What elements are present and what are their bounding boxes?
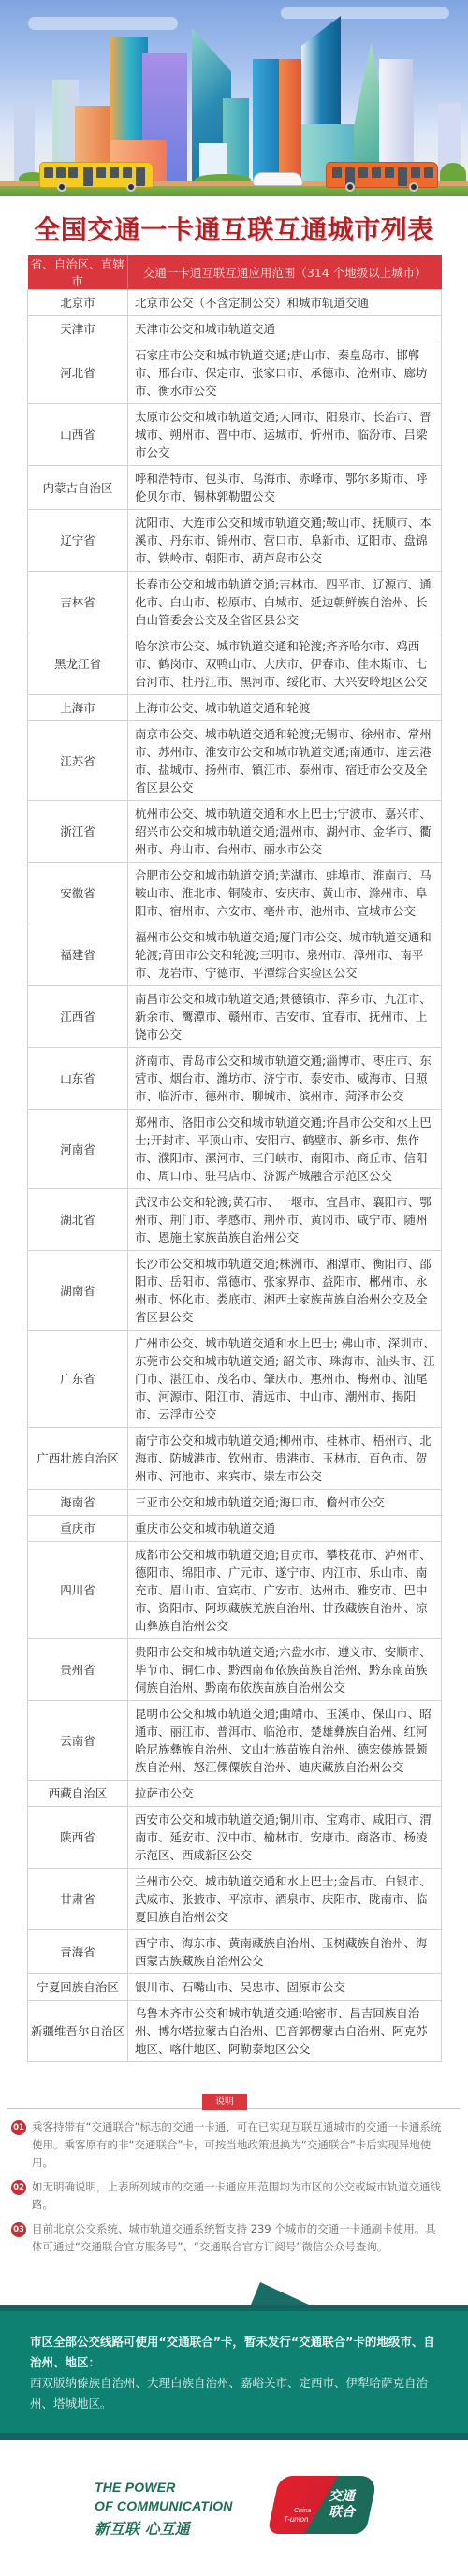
scope-cell: 合肥市公交和城市轨道交通;芜湖市、蚌埠市、淮南市、马鞍山市、淮北市、铜陵市、安庆…	[128, 863, 442, 924]
scope-cell: 三亚市公交和城市轨道交通;海口市、儋州市公交	[128, 1490, 442, 1516]
province-cell: 福建省	[28, 924, 128, 986]
column-header-scope: 交通一卡通互联互通应用范围（314 个地级以上城市）	[128, 255, 442, 290]
scope-cell: 银川市、石嘴山市、吴忠市、固原市公交	[128, 1974, 442, 2001]
province-cell: 四川省	[28, 1542, 128, 1639]
table-row: 江西省南昌市公交和城市轨道交通;景德镇市、萍乡市、九江市、新余市、鹰潭市、赣州市…	[28, 986, 442, 1048]
province-cell: 黑龙江省	[28, 633, 128, 695]
page-title: 全国交通一卡通互联互通城市列表	[0, 196, 468, 255]
scope-cell: 西安市公交和城市轨道交通;铜川市、宝鸡市、咸阳市、渭南市、延安市、汉中市、榆林市…	[128, 1807, 442, 1869]
scope-cell: 长春市公交和城市轨道交通;吉林市、四平市、辽源市、通化市、白山市、松原市、白城市…	[128, 572, 442, 633]
province-cell: 浙江省	[28, 801, 128, 863]
table-row: 辽宁省沈阳市、大连市公交和城市轨道交通;鞍山市、抚顺市、本溪市、丹东市、锦州市、…	[28, 510, 442, 572]
table-row: 山东省济南市、青岛市公交和城市轨道交通;淄博市、枣庄市、东营市、烟台市、潍坊市、…	[28, 1048, 442, 1110]
yellow-bus	[39, 162, 154, 188]
info-band-heading: 市区全部公交线路可使用“交通联合”卡，暂未发行“交通联合”卡的地级市、自治州、地…	[30, 2332, 440, 2373]
scope-cell: 拉萨市公交	[128, 1781, 442, 1807]
province-cell: 重庆市	[28, 1516, 128, 1542]
building	[14, 103, 35, 182]
scope-cell: 天津市公交和城市轨道交通	[128, 316, 442, 342]
table-row: 宁夏回族自治区银川市、石嘴山市、吴忠市、固原市公交	[28, 1974, 442, 2001]
info-band: 市区全部公交线路可使用“交通联合”卡，暂未发行“交通联合”卡的地级市、自治州、地…	[0, 2305, 468, 2440]
logo-zh-line2: 联合	[329, 2505, 355, 2520]
table-row: 河南省郑州市、洛阳市公交和城市轨道交通;许昌市公交和水上巴士;开封市、平顶山市、…	[28, 1110, 442, 1189]
table-row: 河北省石家庄市公交和城市轨道交通;唐山市、秦皇岛市、邯郸市、邢台市、保定市、张家…	[28, 342, 442, 404]
province-cell: 湖南省	[28, 1251, 128, 1331]
logo-zh-line1: 交通	[329, 2489, 355, 2504]
table-row: 西藏自治区拉萨市公交	[28, 1781, 442, 1807]
table-header-row: 省、自治区、直辖市 交通一卡通互联互通应用范围（314 个地级以上城市）	[28, 255, 442, 290]
scope-cell: 兰州市公交、城市轨道交通和水上巴士;金昌市、白银市、武威市、张掖市、平凉市、酒泉…	[128, 1869, 442, 1930]
hero-city-illustration	[0, 0, 468, 196]
table-row: 天津市天津市公交和城市轨道交通	[28, 316, 442, 342]
province-cell: 海南省	[28, 1490, 128, 1516]
info-band-body: 市区全部公交线路可使用“交通联合”卡，暂未发行“交通联合”卡的地级市、自治州、地…	[0, 2305, 468, 2440]
province-cell: 吉林省	[28, 572, 128, 633]
table-row: 陕西省西安市公交和城市轨道交通;铜川市、宝鸡市、咸阳市、渭南市、延安市、汉中市、…	[28, 1807, 442, 1869]
scope-cell: 武汉市公交和轮渡;黄石市、十堰市、宜昌市、襄阳市、鄂州市、荆门市、孝感市、荆州市…	[128, 1189, 442, 1251]
province-cell: 天津市	[28, 316, 128, 342]
scope-cell: 石家庄市公交和城市轨道交通;唐山市、秦皇岛市、邯郸市、邢台市、保定市、张家口市、…	[128, 342, 442, 404]
table-row: 黑龙江省哈尔滨市公交、城市轨道交通和轮渡;齐齐哈尔市、鸡西市、鹤岗市、双鸭山市、…	[28, 633, 442, 695]
province-cell: 陕西省	[28, 1807, 128, 1869]
city-table: 省、自治区、直辖市 交通一卡通互联互通应用范围（314 个地级以上城市） 北京市…	[27, 255, 442, 2062]
province-cell: 宁夏回族自治区	[28, 1974, 128, 2001]
notes-heading: 说明	[7, 2087, 461, 2113]
province-cell: 甘肃省	[28, 1869, 128, 1930]
scope-cell: 昆明市公交和城市轨道交通;曲靖市、玉溪市、保山市、昭通市、丽江市、普洱市、临沧市…	[128, 1701, 442, 1781]
note-number-badge: 02	[11, 2180, 26, 2195]
white-car	[253, 172, 303, 186]
table-row: 上海市上海市公交、城市轨道交通和轮渡	[28, 695, 442, 721]
note-text: 乘客持带有“交通联合”标志的交通一卡通，可在已实现互联互通城市的交通一卡通系统使…	[32, 2118, 444, 2172]
province-cell: 江西省	[28, 986, 128, 1048]
scope-cell: 郑州市、洛阳市公交和城市轨道交通;许昌市公交和水上巴士;开封市、平顶山市、安阳市…	[128, 1110, 442, 1189]
logo-en-line1: China	[294, 2508, 311, 2514]
table-row: 海南省三亚市公交和城市轨道交通;海口市、儋州市公交	[28, 1490, 442, 1516]
scope-cell: 长沙市公交和城市轨道交通;株洲市、湘潭市、衡阳市、邵阳市、岳阳市、常德市、张家界…	[128, 1251, 442, 1331]
table-row: 山西省太原市公交和城市轨道交通;大同市、阳泉市、长治市、晋城市、朔州市、晋中市、…	[28, 404, 442, 466]
scope-cell: 太原市公交和城市轨道交通;大同市、阳泉市、长治市、晋城市、朔州市、晋中市、运城市…	[128, 404, 442, 466]
table-row: 吉林省长春市公交和城市轨道交通;吉林市、四平市、辽源市、通化市、白山市、松原市、…	[28, 572, 442, 633]
province-cell: 青海省	[28, 1930, 128, 1974]
scope-cell: 成都市公交和城市轨道交通;自贡市、攀枝花市、泸州市、德阳市、绵阳市、广元市、遂宁…	[128, 1542, 442, 1639]
footer: THE POWER OF COMMUNICATION 新互联 心互通 交通 联合…	[0, 2440, 468, 2576]
scope-cell: 沈阳市、大连市公交和城市轨道交通;鞍山市、抚顺市、本溪市、丹东市、锦州市、营口市…	[128, 510, 442, 572]
province-cell: 江苏省	[28, 721, 128, 801]
scope-cell: 广州市公交、城市轨道交通和水上巴士; 佛山市、深圳市、东莞市公交和城市轨道交通;…	[128, 1331, 442, 1428]
table-row: 湖南省长沙市公交和城市轨道交通;株洲市、湘潭市、衡阳市、邵阳市、岳阳市、常德市、…	[28, 1251, 442, 1331]
province-cell: 新疆维吾尔自治区	[28, 2001, 128, 2062]
column-header-province: 省、自治区、直辖市	[28, 255, 128, 290]
table-row: 浙江省杭州市公交、城市轨道交通和水上巴士;宁波市、嘉兴市、绍兴市公交和城市轨道交…	[28, 801, 442, 863]
province-cell: 贵州省	[28, 1639, 128, 1701]
note-text: 目前北京公交系统、城市轨道交通系统暂支持 239 个城市的交通一卡通刷卡使用。具…	[32, 2220, 444, 2256]
province-cell: 安徽省	[28, 863, 128, 924]
table-row: 甘肃省兰州市公交、城市轨道交通和水上巴士;金昌市、白银市、武威市、张掖市、平凉市…	[28, 1869, 442, 1930]
scope-cell: 福州市公交和城市轨道交通;厦门市公交、城市轨道交通和轮渡;莆田市公交和轮渡;三明…	[128, 924, 442, 986]
table-row: 江苏省南京市公交、城市轨道交通和轮渡;无锡市、徐州市、常州市、苏州市、淮安市公交…	[28, 721, 442, 801]
province-cell: 广西壮族自治区	[28, 1428, 128, 1490]
orange-bus	[326, 162, 438, 188]
scope-cell: 呼和浩特市、包头市、乌海市、赤峰市、鄂尔多斯市、呼伦贝尔市、锡林郭勒盟公交	[128, 466, 442, 510]
logo-en-line2: T-union	[284, 2515, 308, 2524]
table-row: 新疆维吾尔自治区乌鲁木齐市公交和城市轨道交通;哈密市、昌吉回族自治州、博尔塔拉蒙…	[28, 2001, 442, 2062]
slogan: THE POWER OF COMMUNICATION 新互联 心互通	[95, 2478, 233, 2541]
note-item: 02 如无明确说明，上表所列城市的交通一卡通应用范围均为市区的公交或城市轨道交通…	[11, 2178, 444, 2214]
notes-heading-tag: 说明	[202, 2094, 247, 2110]
scope-cell: 西宁市、海东市、黄南藏族自治州、玉树藏族自治州、海西蒙古族藏族自治州公交	[128, 1930, 442, 1974]
table-row: 重庆市重庆市公交和城市轨道交通	[28, 1516, 442, 1542]
cloud	[28, 17, 178, 30]
scope-cell: 北京市公交（不含定制公交）和城市轨道交通	[128, 290, 442, 316]
scope-cell: 南昌市公交和城市轨道交通;景德镇市、萍乡市、九江市、新余市、鹰潭市、赣州市、吉安…	[128, 986, 442, 1048]
province-cell: 山西省	[28, 404, 128, 466]
table-row: 四川省成都市公交和城市轨道交通;自贡市、攀枝花市、泸州市、德阳市、绵阳市、广元市…	[28, 1542, 442, 1639]
table-row: 福建省福州市公交和城市轨道交通;厦门市公交、城市轨道交通和轮渡;莆田市公交和轮渡…	[28, 924, 442, 986]
table-row: 云南省昆明市公交和城市轨道交通;曲靖市、玉溪市、保山市、昭通市、丽江市、普洱市、…	[28, 1701, 442, 1781]
slogan-en-line2: OF COMMUNICATION	[95, 2496, 233, 2515]
province-cell: 西藏自治区	[28, 1781, 128, 1807]
scope-cell: 济南市、青岛市公交和城市轨道交通;淄博市、枣庄市、东营市、烟台市、潍坊市、济宁市…	[128, 1048, 442, 1110]
note-text: 如无明确说明，上表所列城市的交通一卡通应用范围均为市区的公交或城市轨道交通线路。	[32, 2178, 444, 2214]
scope-cell: 杭州市公交、城市轨道交通和水上巴士;宁波市、嘉兴市、绍兴市公交和城市轨道交通;温…	[128, 801, 442, 863]
scope-cell: 哈尔滨市公交、城市轨道交通和轮渡;齐齐哈尔市、鸡西市、鹤岗市、双鸭山市、大庆市、…	[128, 633, 442, 695]
province-cell: 云南省	[28, 1701, 128, 1781]
cloud	[281, 7, 449, 19]
province-cell: 内蒙古自治区	[28, 466, 128, 510]
scope-cell: 乌鲁木齐市公交和城市轨道交通;哈密市、昌吉回族自治州、博尔塔拉蒙古自治州、巴音郭…	[128, 2001, 442, 2062]
table-row: 青海省西宁市、海东市、黄南藏族自治州、玉树藏族自治州、海西蒙古族藏族自治州公交	[28, 1930, 442, 1974]
logo-shape	[267, 2476, 377, 2534]
china-t-union-logo-icon: 交通 联合 China T-union	[273, 2476, 372, 2534]
table-row: 广西壮族自治区南宁市公交和城市轨道交通;柳州市、桂林市、梧州市、北海市、防城港市…	[28, 1428, 442, 1490]
scope-cell: 贵阳市公交和城市轨道交通;六盘水市、遵义市、安顺市、毕节市、铜仁市、黔西南布依族…	[128, 1639, 442, 1701]
note-number-badge: 03	[11, 2222, 26, 2237]
table-row: 湖北省武汉市公交和轮渡;黄石市、十堰市、宜昌市、襄阳市、鄂州市、荆门市、孝感市、…	[28, 1189, 442, 1251]
slogan-en-line1: THE POWER	[95, 2478, 233, 2496]
province-cell: 山东省	[28, 1048, 128, 1110]
province-cell: 河北省	[28, 342, 128, 404]
table-row: 内蒙古自治区呼和浩特市、包头市、乌海市、赤峰市、鄂尔多斯市、呼伦贝尔市、锡林郭勒…	[28, 466, 442, 510]
building	[279, 59, 303, 182]
province-cell: 上海市	[28, 695, 128, 721]
note-item: 01 乘客持带有“交通联合”标志的交通一卡通，可在已实现互联互通城市的交通一卡通…	[11, 2118, 444, 2172]
table-row: 贵州省贵阳市公交和城市轨道交通;六盘水市、遵义市、安顺市、毕节市、铜仁市、黔西南…	[28, 1639, 442, 1701]
note-item: 03 目前北京公交系统、城市轨道交通系统暂支持 239 个城市的交通一卡通刷卡使…	[11, 2220, 444, 2256]
scope-cell: 南京市公交、城市轨道交通和轮渡;无锡市、徐州市、常州市、苏州市、淮安市公交和城市…	[128, 721, 442, 801]
notes-list: 01 乘客持带有“交通联合”标志的交通一卡通，可在已实现互联互通城市的交通一卡通…	[0, 2113, 468, 2256]
province-cell: 北京市	[28, 290, 128, 316]
scope-cell: 南宁市公交和城市轨道交通;柳州市、桂林市、梧州市、北海市、防城港市、钦州市、贵港…	[128, 1428, 442, 1490]
table-row: 安徽省合肥市公交和城市轨道交通;芜湖市、蚌埠市、淮南市、马鞍山市、淮北市、铜陵市…	[28, 863, 442, 924]
scope-cell: 上海市公交、城市轨道交通和轮渡	[128, 695, 442, 721]
note-number-badge: 01	[11, 2120, 26, 2135]
scope-cell: 重庆市公交和城市轨道交通	[128, 1516, 442, 1542]
province-cell: 湖北省	[28, 1189, 128, 1251]
info-band-list: 西双版纳傣族自治州、大理白族自治州、嘉峪关市、定西市、伊犁哈萨克自治州、塔城地区…	[30, 2373, 440, 2414]
province-cell: 广东省	[28, 1331, 128, 1428]
province-cell: 辽宁省	[28, 510, 128, 572]
table-row: 广东省广州市公交、城市轨道交通和水上巴士; 佛山市、深圳市、东莞市公交和城市轨道…	[28, 1331, 442, 1428]
slogan-zh: 新互联 心互通	[95, 2517, 233, 2541]
speech-notch	[251, 2282, 309, 2305]
table-row: 北京市北京市公交（不含定制公交）和城市轨道交通	[28, 290, 442, 316]
building	[253, 59, 279, 182]
province-cell: 河南省	[28, 1110, 128, 1189]
